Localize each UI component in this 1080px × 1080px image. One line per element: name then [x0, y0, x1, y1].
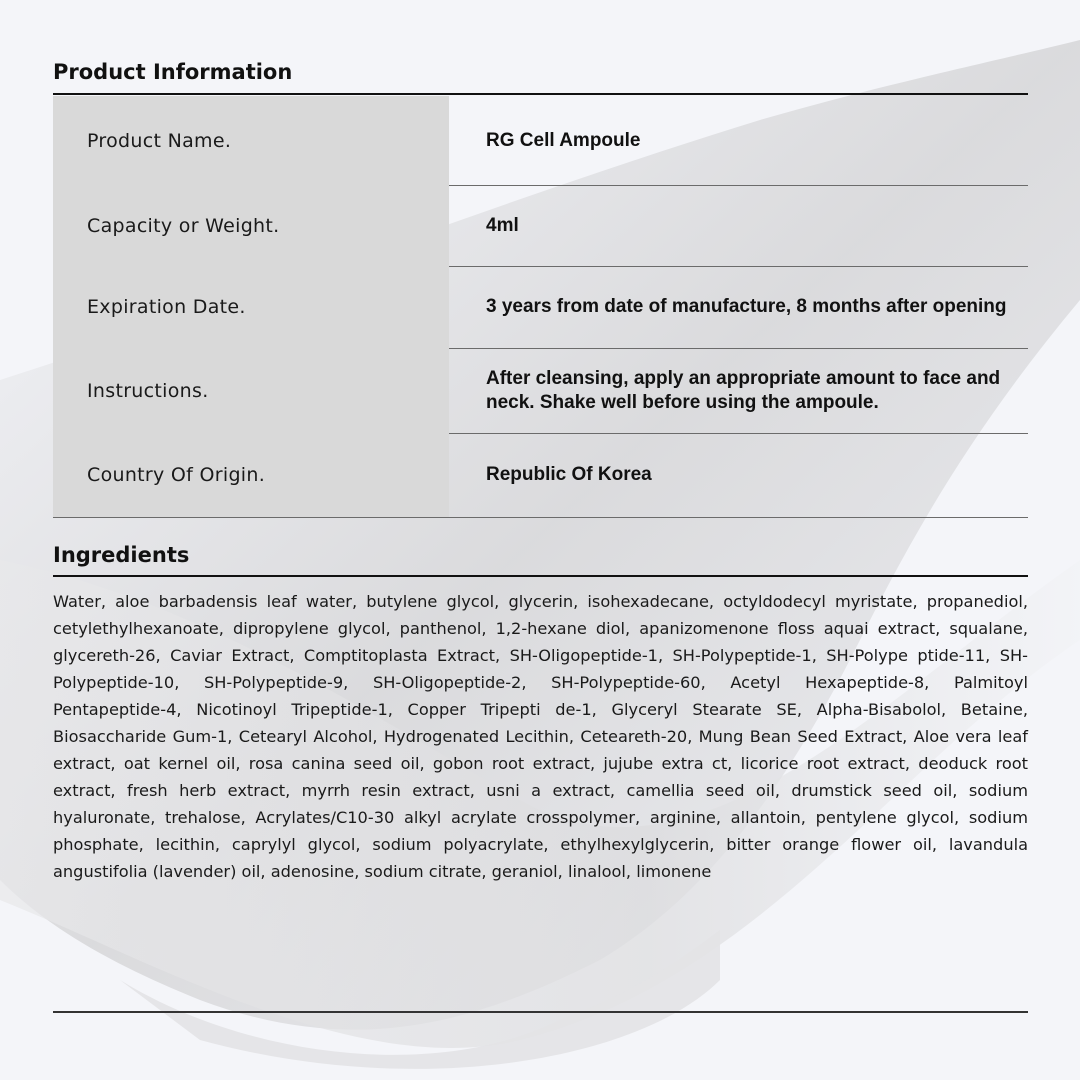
ingredients-title: Ingredients: [53, 543, 189, 567]
bottom-divider: [53, 1011, 1028, 1013]
product-information-title: Product Information: [53, 60, 292, 84]
row-label: Expiration Date.: [53, 266, 449, 348]
row-label: Capacity or Weight.: [53, 185, 449, 266]
row-value: 4ml: [449, 185, 1028, 266]
table-row-product-name: Product Name. RG Cell Ampoule: [53, 96, 1028, 185]
ingredients-divider: [53, 575, 1028, 577]
table-row-country-of-origin: Country Of Origin. Republic Of Korea: [53, 433, 1028, 517]
row-value: Republic Of Korea: [449, 433, 1028, 517]
table-row-capacity: Capacity or Weight. 4ml: [53, 185, 1028, 266]
title-divider: [53, 93, 1028, 95]
row-label: Country Of Origin.: [53, 433, 449, 517]
row-divider: [53, 517, 1028, 518]
row-value: After cleansing, apply an appropriate am…: [449, 348, 1028, 433]
row-label: Instructions.: [53, 348, 449, 433]
row-value: RG Cell Ampoule: [449, 96, 1028, 185]
product-info-table: Product Name. RG Cell Ampoule Capacity o…: [53, 96, 1028, 517]
row-label: Product Name.: [53, 96, 449, 185]
row-value: 3 years from date of manufacture, 8 mont…: [449, 266, 1028, 348]
table-row-expiration-date: Expiration Date. 3 years from date of ma…: [53, 266, 1028, 348]
ingredients-list: Water, aloe barbadensis leaf water, buty…: [53, 588, 1028, 885]
table-row-instructions: Instructions. After cleansing, apply an …: [53, 348, 1028, 433]
